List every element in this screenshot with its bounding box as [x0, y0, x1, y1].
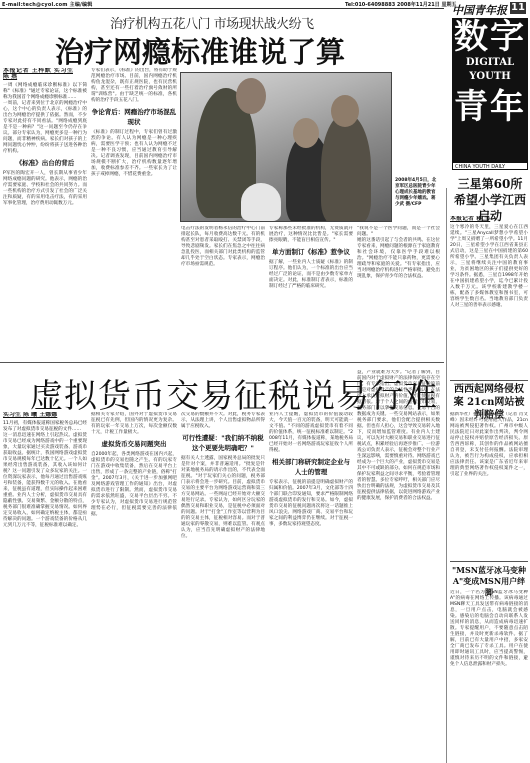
lead-byline: 本报记者 王梓默 实习生 陈 燕	[3, 68, 73, 80]
lead-column-4: 专家称那些未经批准的机构，无资质就开展治疗，这种情况比比皆是。"家长需要擦亮眼睛…	[269, 226, 353, 358]
header-rule	[0, 8, 444, 9]
lead-body-text: 专家们表示，《标准》的出台，将有助于规范网瘾治疗市场。目前，国内网瘾治疗机构鱼龙…	[91, 68, 177, 104]
second-body-text: 据相关专家介绍，国外对于虚拟货币交易征税已有先例，但国内的情况更为复杂。有的玩家…	[91, 412, 177, 436]
lead-body-text: 她的这番话引起了与会者的共鸣。在这位专家看来，网瘾问题的根源在于家庭教育和社会环…	[357, 238, 440, 280]
section-divider	[0, 362, 444, 363]
second-section-heading-2: 可行性遭疑："我们纳不纳税这个更要先明确吧？"	[181, 433, 265, 453]
lead-photo	[180, 72, 392, 222]
lead-body-text: 一周前，记者来到位于北京的网瘾治疗中心，这个中心的负责人表示，《标准》的出台为网…	[3, 101, 87, 155]
lead-body-text: 专家称那些未经批准的机构，无资质就开展治疗，这种情况比比皆是。"家长需要擦亮眼睛…	[269, 226, 353, 244]
section-banner: 数字 DIGITAL YOUTH 青年 CHINA YOUTH DAILY	[452, 18, 528, 170]
second-section-heading-3: 相关部门称研究制定企业与人士的管理	[269, 457, 353, 477]
second-body-text: 次交易的数额并不大。对此，税务专家表示，从法理上讲，个人出售虚拟物品所得属于应税…	[181, 412, 265, 430]
lead-body-text: P军医的陶宏开一人，曾长期从事青少年网络成瘾问题的研究。他表示，网瘾的治疗需要家…	[3, 171, 87, 207]
lead-section-heading-1: 《标准》出台的背后	[3, 158, 87, 168]
second-column-3: 次交易的数额并不大。对此，税务专家表示，从法理上讲，个人出售虚拟物品所得属于应税…	[181, 412, 265, 762]
lead-body-text: 电击疗法的发明者杨永信的治疗中心门前排起长队，每月收费高达数千元。有的机构甚至对…	[181, 226, 265, 268]
second-column-2: 据相关专家介绍，国外对于虚拟货币交易征税已有先例，但国内的情况更为复杂。有的玩家…	[91, 412, 177, 762]
lead-section-heading-2: 争论背后：网瘾治疗市场混乱现状	[91, 107, 177, 127]
lead-body-text: 据了解，一些业内人士质疑《标准》的制订程序。他们认为，一个标准的出台应当经过广泛…	[269, 260, 353, 290]
sidebar-divider	[450, 380, 528, 381]
sidebar-body-text: 这个寒冷的冬天里，三星爱心在江西延续。"三星Anycall梦想小学希望小学"上周…	[450, 225, 528, 309]
lead-quote: "我说不是一个医学问题，而是一个社会问题。"	[357, 226, 440, 238]
section-title-bottom: 青年	[452, 88, 528, 126]
second-body-text: 专家表示，征税的前提是明确虚拟财产的归属和价值。2007年3月，文化部等十四个部…	[269, 480, 353, 528]
second-body-text: 据有关人士透露，国家税务总局的批复只是针对个案，并非普遍适用。"批复是针对某地税…	[181, 456, 265, 540]
sidebar-rule	[446, 188, 447, 763]
sidebar-divider	[450, 561, 528, 562]
lead-intro: 一周《网络成瘾临床诊断标准》以下简称"《标准》"通过专家论证，这个标准被称为我国…	[3, 83, 87, 101]
header-contact: E-mail:tech@cyol.com 主编/编辑	[2, 1, 92, 8]
lead-column-2: 专家们表示，《标准》的出台，将有助于规范网瘾治疗市场。目前，国内网瘾治疗机构鱼龙…	[91, 68, 177, 358]
lead-column-1: 本报记者 王梓默 实习生 陈 燕 一周《网络成瘾临床诊断标准》以下简称"《标准》…	[3, 68, 87, 358]
lead-column-3: 电击疗法的发明者杨永信的治疗中心门前排起长队，每月收费高达数千元。有的机构甚至对…	[181, 226, 265, 358]
second-section-heading-1: 虚拟货币交易问题突出	[91, 439, 177, 449]
lead-section-heading-3: 单方面制订《标准》惹争议	[269, 247, 353, 257]
second-byline: 实习生 陈 曦 王娜娜	[3, 412, 87, 418]
second-column-4: 业内人士提醒，虚拟货币的价值波动较大，今天值一百元的装备，明天可能就一文不值。"…	[269, 412, 353, 762]
lead-column-5: "我说不是一个医学问题，而是一个社会问题。" 她的这番话引起了与会者的共鸣。在这…	[357, 226, 440, 358]
section-title-top: 数字	[452, 18, 528, 56]
sidebar-story-3-body: 近日，一个名为"MSN蓝牙冰马变种A"的病毒在网络上传播。该病毒通过MSN聊天工…	[450, 590, 528, 762]
second-column-1: 实习生 陈 曦 王娜娜 11月初，有媒体报道称国家税务总局已经发布了对虚拟货币交…	[3, 412, 87, 762]
lead-headline: 治疗网瘾标准谁说了算	[55, 30, 345, 71]
photo-caption: 2008年4月5日，北京军区总医院青少年心理成长基地的教官与网瘾少年嬉戏。蒋少武…	[395, 178, 439, 208]
second-opening: 11月初，有媒体报道称国家税务总局已经发布了对虚拟货币交易征税的文件……	[3, 421, 87, 433]
paper-logo: 中国青年报	[452, 2, 507, 18]
second-column-5: 益，产业就难为大步。"记者了解到，目前国内对于虚拟财产的法律保护尚存在空白。有专…	[357, 370, 440, 762]
second-body-text: 这一消息迅速在网络上引起热议。虚拟货币交易已经成为网络游戏中的一个重要现象，大量…	[3, 433, 87, 529]
sidebar-story-1-body: 本报记者 蒋 韦 这个寒冷的冬天里，三星爱心在江西延续。"三星Anycall梦想…	[450, 216, 528, 376]
second-body-text: 自2000年起，各类网络游戏在国内兴起，虚拟货币的交易也随之产生。有的玩家专门在…	[91, 452, 177, 518]
second-body-text: 业内人士提醒，虚拟货币的价值波动较大，今天值一百元的装备，明天可能就一文不值。"…	[269, 412, 353, 454]
sidebar-story-2-body: 据新华社广州11月20日电（记者 肖文峰）因未经许可使用他人作品，21cn网站被…	[450, 412, 528, 557]
section-band: CHINA YOUTH DAILY	[452, 162, 528, 170]
sidebar-body-text: 据新华社广州11月20日电（记者 肖文峰）因未经许可使用他人作品，21cn网站被…	[450, 412, 528, 478]
page-number: 11	[510, 2, 526, 14]
sidebar-story-1-byline: 本报记者 蒋 韦	[450, 216, 528, 222]
header-date-line: Tel:010-64098883 2008年11月21日 星期五	[345, 1, 457, 8]
lead-body-text: 《标准》的制订过程中，专家们曾有过激烈的争论。有人认为网瘾是一种心理疾病，需要医…	[91, 130, 177, 178]
sidebar-body-text: 近日，一个名为"MSN蓝牙冰马变种A"的病毒在网络上传播。该病毒通过MSN聊天工…	[450, 590, 528, 668]
second-body-text: 益，产业就难为大步。"记者了解到，目前国内对于虚拟财产的法律保护尚存在空白。有专…	[357, 370, 440, 502]
section-title-en: DIGITAL YOUTH	[452, 56, 528, 84]
